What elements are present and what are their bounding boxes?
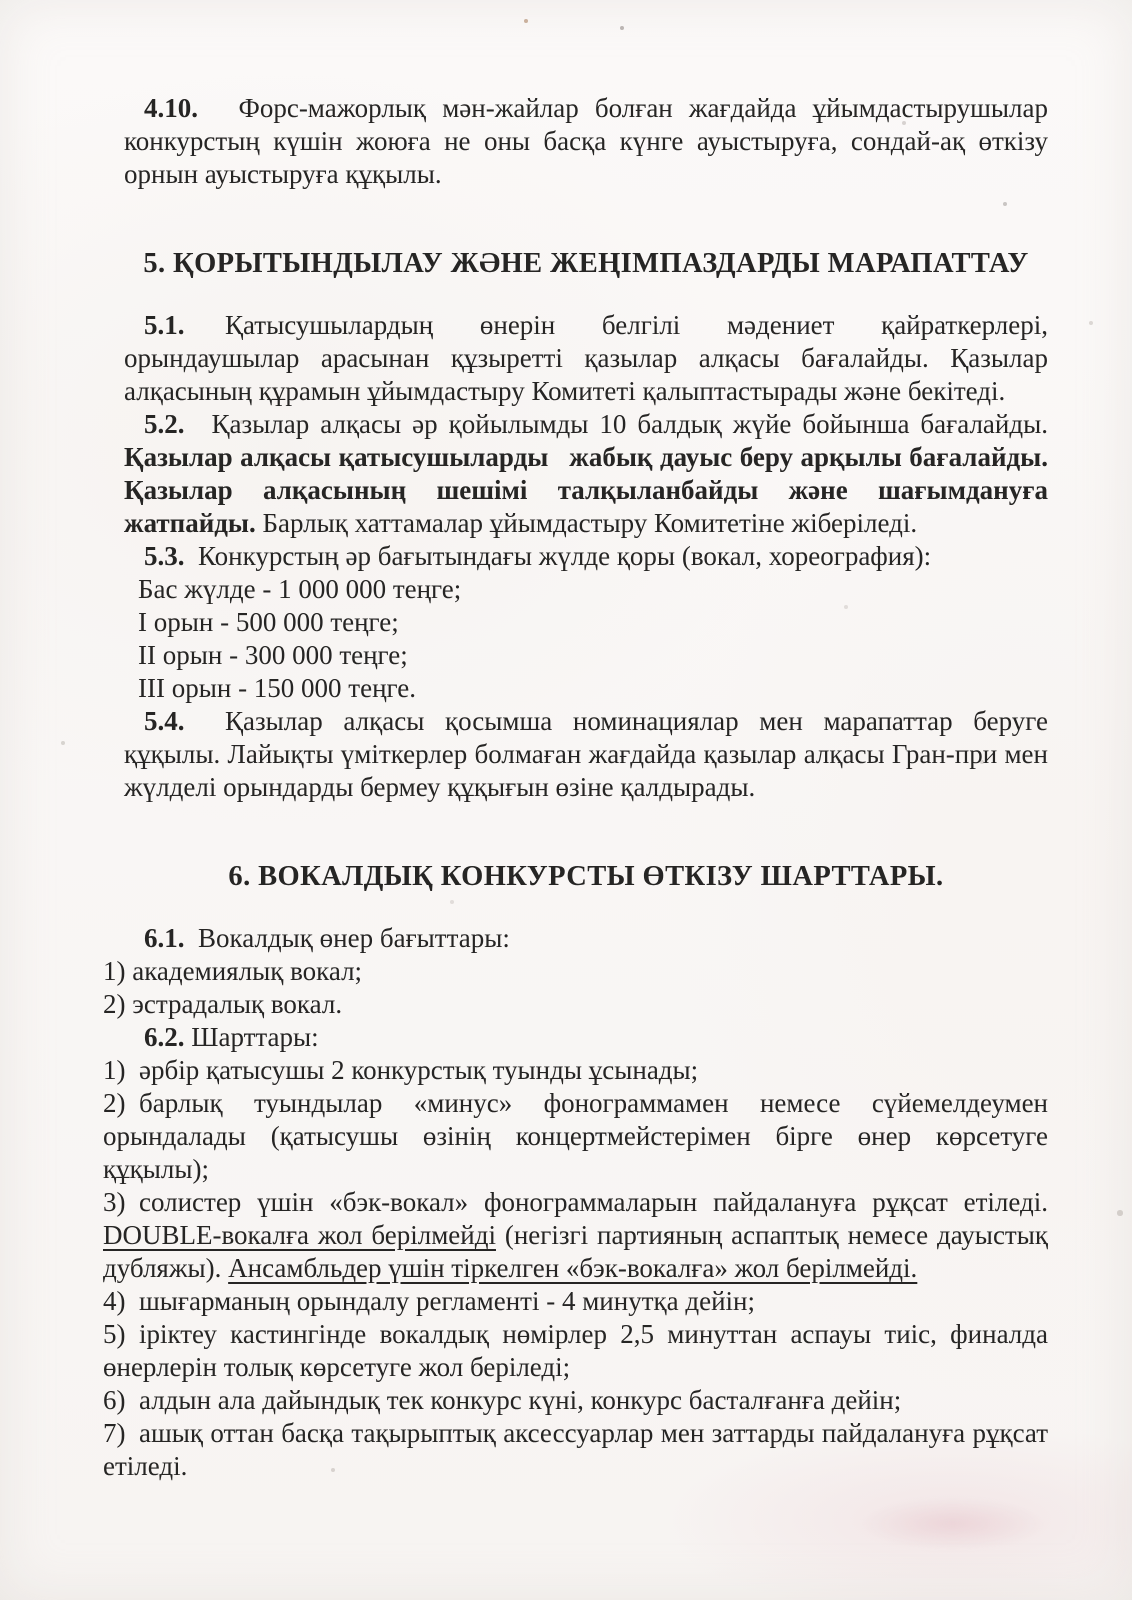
clause-5-1-run: Қатысушылардың өнерін белгілі мәдениет қ… (124, 310, 1048, 406)
condition-1-run: 1) әрбір қатысушы 2 конкурстық туынды ұс… (103, 1055, 698, 1085)
scan-smudge (858, 1498, 1048, 1550)
vocal-direction-2: 2) эстрадалық вокал. (103, 988, 1048, 1021)
clause-5-2-run: Қазылар алқасы әр қойылымды 10 балдық жү… (185, 409, 1049, 439)
condition-6-run: 6) алдын ала дайындық тек конкурс күні, … (103, 1385, 901, 1415)
prize-first-run: I орын - 500 000 теңге; (138, 607, 399, 637)
condition-1: 1) әрбір қатысушы 2 конкурстық туынды ұс… (103, 1054, 1048, 1087)
prize-third: III орын - 150 000 теңге. (124, 672, 1048, 705)
clause-6-2-run: Шарттары: (185, 1022, 319, 1052)
clause-5-1: 5.1. Қатысушылардың өнерін белгілі мәден… (124, 309, 1048, 408)
condition-3-run: 3) солистер үшін «бэк-вокал» фонограммал… (103, 1187, 1048, 1217)
condition-3-run: Ансамбльдер үшін тіркелген «бэк-вокалға»… (228, 1253, 917, 1283)
section-6-heading: 6. ВОКАЛДЫҚ КОНКУРСТЫ ӨТКІЗУ ШАРТТАРЫ. (124, 858, 1048, 896)
clause-5-4: 5.4. Қазылар алқасы қосымша номинациялар… (124, 705, 1048, 804)
condition-2: 2) барлық туындылар «минус» фонограммаме… (103, 1087, 1048, 1186)
clause-5-3-run: Конкурстың әр бағытындағы жүлде қоры (во… (185, 541, 932, 571)
prize-grand-run: Бас жүлде - 1 000 000 теңге; (138, 574, 461, 604)
condition-5-run: 5) іріктеу кастингінде вокалдық нөмірлер… (103, 1319, 1048, 1382)
condition-3-run: DOUBLE-вокалға жол берілмейді (103, 1220, 496, 1250)
vocal-direction-1: 1) академиялық вокал; (103, 955, 1048, 988)
clause-6-1: 6.1. Вокалдық өнер бағыттары: (124, 922, 1048, 955)
prize-first: I орын - 500 000 теңге; (124, 606, 1048, 639)
section-5-heading: 5. ҚОРЫТЫНДЫЛАУ ЖӘНЕ ЖЕҢІМПАЗДАРДЫ МАРАП… (124, 245, 1048, 283)
condition-7: 7) ашық оттан басқа тақырыптық аксессуар… (103, 1417, 1048, 1483)
condition-4-run: 4) шығарманың орындалу регламенті - 4 ми… (103, 1286, 755, 1316)
prize-second-run: II орын - 300 000 теңге; (138, 640, 408, 670)
clause-5-1-run: 5.1. (144, 310, 185, 340)
clause-5-4-run: 5.4. (144, 706, 185, 736)
prize-third-run: III орын - 150 000 теңге. (138, 673, 416, 703)
clause-4-10-run: Форс-мажорлық мән-жайлар болған жағдайда… (124, 93, 1048, 189)
clause-5-2-run: Барлық хаттамалар ұйымдастыру Комитетіне… (256, 508, 917, 538)
clause-5-3-run: 5.3. (144, 541, 185, 571)
clause-6-1-run: 6.1. (144, 923, 185, 953)
prize-second: II орын - 300 000 теңге; (124, 639, 1048, 672)
clause-4-10-run: 4.10. (144, 93, 198, 123)
condition-3: 3) солистер үшін «бэк-вокал» фонограммал… (103, 1186, 1048, 1285)
vocal-direction-1-run: 1) академиялық вокал; (103, 956, 362, 986)
section-6-heading-run: 6. ВОКАЛДЫҚ КОНКУРСТЫ ӨТКІЗУ ШАРТТАРЫ. (228, 861, 943, 892)
condition-5: 5) іріктеу кастингінде вокалдық нөмірлер… (103, 1318, 1048, 1384)
document-page: 4.10. Форс-мажорлық мән-жайлар болған жа… (0, 0, 1132, 1600)
document-content: 4.10. Форс-мажорлық мән-жайлар болған жа… (0, 0, 1132, 1483)
condition-7-run: 7) ашық оттан басқа тақырыптық аксессуар… (103, 1418, 1048, 1481)
section-5-heading-run: 5. ҚОРЫТЫНДЫЛАУ ЖӘНЕ ЖЕҢІМПАЗДАРДЫ МАРАП… (143, 248, 1028, 279)
clause-5-2: 5.2. Қазылар алқасы әр қойылымды 10 балд… (124, 408, 1048, 540)
condition-2-run: 2) барлық туындылар «минус» фонограммаме… (103, 1088, 1048, 1184)
clause-6-2: 6.2. Шарттары: (124, 1021, 1048, 1054)
clause-4-10: 4.10. Форс-мажорлық мән-жайлар болған жа… (124, 92, 1048, 191)
clause-5-2-run: 5.2. (144, 409, 185, 439)
clause-6-1-run: Вокалдық өнер бағыттары: (185, 923, 510, 953)
clause-6-2-run: 6.2. (144, 1022, 185, 1052)
clause-5-3: 5.3. Конкурстың әр бағытындағы жүлде қор… (124, 540, 1048, 573)
prize-grand: Бас жүлде - 1 000 000 теңге; (124, 573, 1048, 606)
vocal-direction-2-run: 2) эстрадалық вокал. (103, 989, 342, 1019)
condition-4: 4) шығарманың орындалу регламенті - 4 ми… (103, 1285, 1048, 1318)
clause-5-4-run: Қазылар алқасы қосымша номинациялар мен … (124, 706, 1048, 802)
condition-6: 6) алдын ала дайындық тек конкурс күні, … (103, 1384, 1048, 1417)
